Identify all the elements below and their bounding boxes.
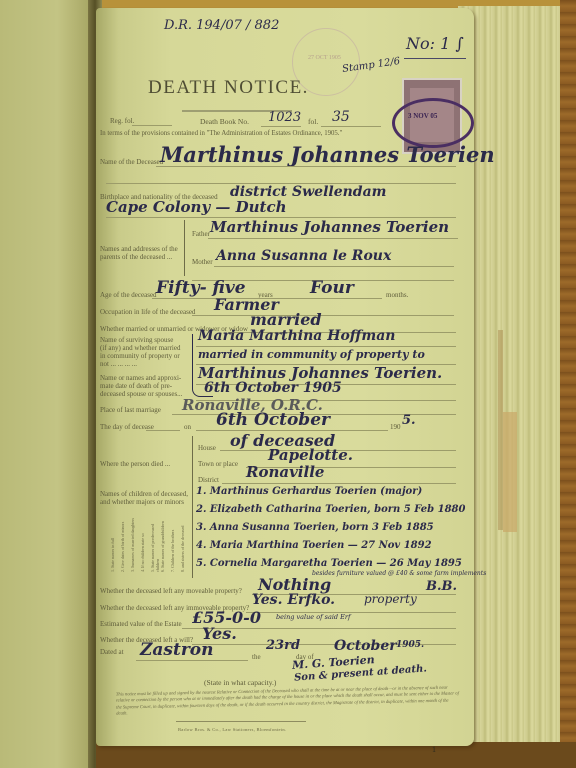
- death-book-label: Death Book No.: [200, 117, 249, 126]
- document-number: No: 1 ∫: [406, 34, 464, 53]
- age-months-value: Four: [310, 278, 354, 298]
- age-months-label: months.: [386, 291, 408, 299]
- printer-imprint: Barlow Bros. & Co., Law Stationers, Bloe…: [178, 727, 286, 732]
- child-item: 2. Elizabeth Catharina Toerien, born 5 F…: [196, 504, 465, 515]
- children-instruction: 3. Surnames of married daughters: [130, 510, 135, 572]
- dated-label: Dated at: [100, 648, 124, 656]
- mother-name: Anna Susanna le Roux: [216, 248, 391, 264]
- mother-label: Mother: [192, 258, 213, 266]
- children-brace: [192, 486, 193, 578]
- cancellation-oval-stamp: [392, 98, 474, 148]
- place-brace: [192, 436, 193, 488]
- father-line: [208, 238, 458, 239]
- predeceased-label-3: deceased spouse or spouses...: [100, 390, 182, 398]
- reg-fol-line: [132, 125, 172, 126]
- fol-number: 35: [332, 109, 350, 125]
- children-instruction: 5. State names of predeceased children: [150, 510, 160, 572]
- dated-place-line: [136, 660, 248, 661]
- father-label: Father: [192, 230, 210, 238]
- book-cover-edge: [560, 0, 576, 768]
- estate-value-label: Estimated value of the Estate: [100, 620, 182, 628]
- children-instruction: 1. State names in full: [110, 510, 115, 572]
- dated-place: Zastron: [140, 640, 214, 660]
- deceased-name: Marthinus Johannes Toerien: [160, 142, 495, 167]
- page-title: DEATH NOTICE.: [148, 77, 309, 99]
- child-item: 3. Anna Susanna Toerien, born 3 Feb 1885: [196, 522, 434, 533]
- parents-label-2: parents of the deceased ...: [100, 253, 172, 261]
- death-book-number: 1023: [268, 110, 301, 125]
- left-blank-page: [0, 0, 96, 768]
- moveable-note: besides furniture valued @ £40 & some fa…: [312, 570, 486, 577]
- decease-year-suffix: 5.: [402, 413, 416, 428]
- dated-day: 23rd: [266, 638, 300, 653]
- marriage-place-label: Place of last marriage: [100, 406, 161, 414]
- spouse-community: married in community of property to: [198, 348, 425, 361]
- district-label: District: [198, 476, 219, 484]
- place-died-label: Where the person died ...: [100, 460, 170, 468]
- nationality-value: Cape Colony — Dutch: [106, 198, 287, 216]
- spouse-line: [196, 346, 456, 347]
- spouse-label-1: Name of surviving spouse: [100, 336, 173, 344]
- dated-month: October: [334, 638, 397, 654]
- spouse-label-4: not ... ... ... ...: [100, 360, 137, 368]
- children-instruction: 4. If no children state so: [140, 510, 145, 572]
- decease-on-label: on: [184, 423, 191, 431]
- district-line: [222, 483, 456, 484]
- children-label-1: Names of children of deceased,: [100, 490, 188, 498]
- child-item: 4. Maria Marthina Toerien — 27 Nov 1892: [196, 540, 432, 551]
- spouse-label-2: (if any) and whether married: [100, 344, 180, 352]
- death-book-line: [261, 126, 301, 127]
- children-instruction: 8. and sisters of the deceased: [180, 510, 185, 572]
- page-stack-edges: [458, 6, 566, 746]
- dated-year: 1905.: [396, 640, 424, 650]
- dated-the-label: the: [252, 653, 261, 661]
- occupation-line: [192, 315, 454, 316]
- footnote-instructions: This notice must be filled up and signed…: [116, 684, 461, 717]
- page-number: 1: [432, 745, 436, 754]
- number-underline: [404, 58, 466, 59]
- child-item: 1. Marthinus Gerhardus Toerien (major): [196, 486, 422, 497]
- page-stain: [503, 412, 517, 532]
- fol-label: fol.: [308, 117, 318, 126]
- age-label: Age of the deceased: [100, 291, 157, 299]
- mother-line: [214, 266, 454, 267]
- capacity-label: (State in what capacity.): [204, 678, 276, 687]
- immoveable-value: Yes. Erfko.: [252, 592, 335, 608]
- decease-date-short-line: [146, 430, 180, 431]
- district-value: Ronaville: [246, 463, 324, 481]
- ordinance-text: In terms of the provisions contained in …: [100, 130, 342, 137]
- marital-value: married: [250, 310, 322, 329]
- predeceased-label-2: mate date of death of pre-: [100, 382, 172, 390]
- decease-year-prefix: 190: [390, 423, 401, 431]
- occupation-label: Occupation in life of the deceased: [100, 308, 195, 316]
- fol-line: [321, 126, 381, 127]
- name-label: Name of the Deceased: [100, 158, 163, 166]
- predeceased-label-1: Name or names and approxi-: [100, 374, 181, 382]
- reference-number: D.R. 194/07 / 882: [164, 18, 279, 33]
- house-label: House: [198, 444, 216, 452]
- town-label: Town or place: [198, 460, 238, 468]
- name-line: [156, 166, 456, 167]
- predeceased-date: 6th October 1905: [204, 380, 342, 396]
- decease-date-value: 6th October: [216, 410, 330, 430]
- children-instruction: 6. State names of grandchildren: [160, 510, 165, 572]
- reg-fol-label: Reg. fol.: [110, 117, 134, 125]
- parents-label: Names and addresses of the: [100, 245, 178, 253]
- spouse-label-3: in community of property or: [100, 352, 180, 360]
- father-name: Marthinus Johannes Toerien: [210, 218, 449, 236]
- children-instruction: 2. Give dates of birth of minors: [120, 510, 125, 572]
- town-value: Papelotte.: [268, 446, 353, 464]
- children-instruction: 7. Children of the brothers: [170, 510, 175, 572]
- moveable-label: Whether the deceased left any moveable p…: [100, 587, 242, 595]
- estate-value-note: being value of said Erf: [276, 613, 350, 621]
- cancellation-date: 3 NOV 05: [408, 112, 437, 120]
- child-item: 5. Cornelia Margaretha Toerien — 26 May …: [196, 558, 462, 569]
- death-notice-page: D.R. 194/07 / 882 27 OCT 1905 No: 1 ∫ St…: [96, 8, 474, 746]
- immoveable-value-2: property: [364, 592, 417, 606]
- moveable-initials: B.B.: [426, 579, 457, 594]
- parents-brace: [184, 220, 185, 276]
- office-stamp-date: 27 OCT 1905: [308, 55, 341, 61]
- spouse-name: Maria Marthina Hoffman: [198, 328, 395, 344]
- children-label-2: and whether majors or minors: [100, 498, 184, 506]
- printer-rule: [176, 721, 306, 722]
